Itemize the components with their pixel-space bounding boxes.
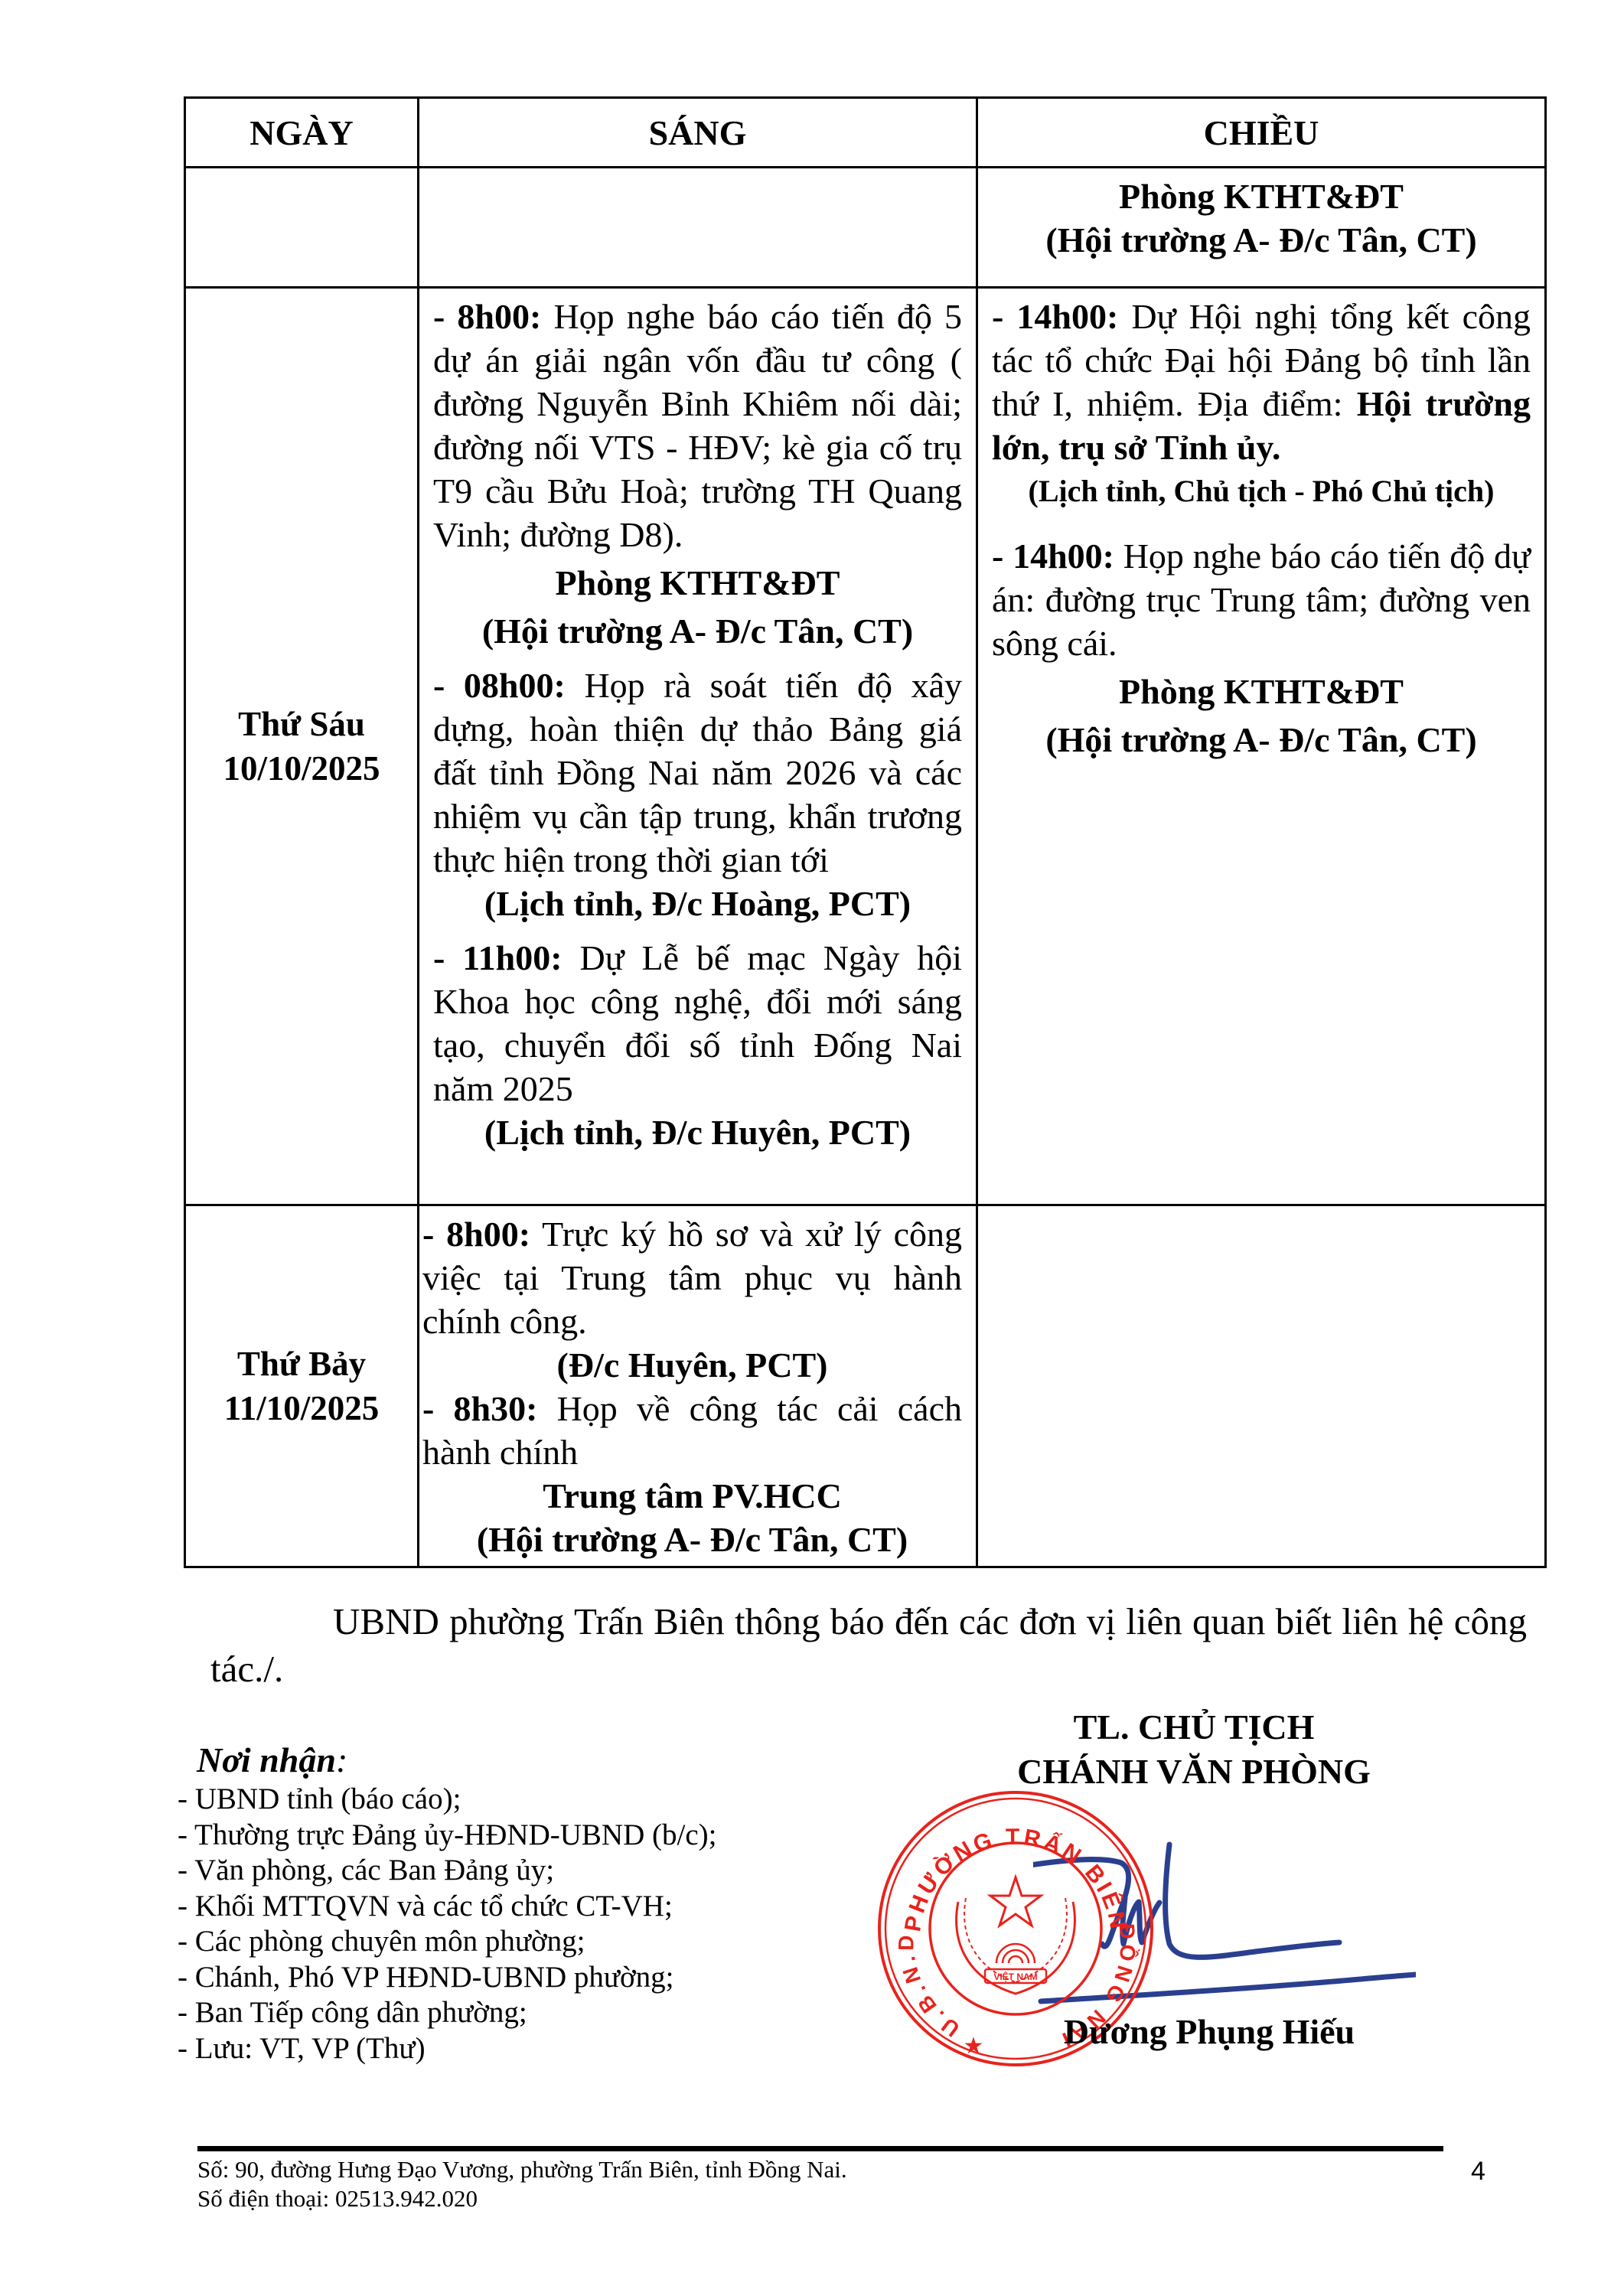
entry-time: - 14h00: [992, 297, 1118, 336]
signer-name: Dương Phụng Hiếu [1026, 2011, 1393, 2052]
footer: Số: 90, đường Hưng Đạo Vương, phường Trấ… [197, 2155, 847, 2213]
day-date: 11/10/2025 [186, 1386, 417, 1430]
afternoon-cell: - 14h00: Dự Hội nghị tổng kết công tác t… [977, 288, 1546, 1205]
closing-paragraph: UBND phường Trấn Biên thông báo đến các … [210, 1598, 1527, 1693]
morning-cell: - 8h00: Trực ký hồ sơ và xử lý công việc… [419, 1205, 977, 1567]
entry-time: - 14h00: [992, 536, 1114, 576]
location-note: (Hội trường A- Đ/c Tân, CT) [992, 218, 1531, 262]
schedule-entry: - 8h30: Họp về công tác cải cách hành ch… [422, 1387, 962, 1474]
day-date: 10/10/2025 [186, 746, 417, 791]
unit-label: Phòng KTHT&ĐT [992, 174, 1531, 218]
location-note: (Lịch tỉnh, Đ/c Hoàng, PCT) [433, 882, 962, 925]
day-cell: Thứ Bảy 11/10/2025 [185, 1205, 419, 1567]
list-item: - Văn phòng, các Ban Đảng ủy; [178, 1853, 790, 1889]
unit-label: Trung tâm PV.HCC [422, 1474, 962, 1518]
list-item: - Các phòng chuyên môn phường; [178, 1924, 790, 1960]
header-morning: SÁNG [419, 98, 977, 168]
location-note: (Hội trường A- Đ/c Tân, CT) [422, 1518, 962, 1561]
footer-address: Số: 90, đường Hưng Đạo Vương, phường Trấ… [197, 2155, 847, 2184]
entry-time: - 11h00: [433, 938, 563, 977]
list-item: - Ban Tiếp công dân phường; [178, 1995, 790, 2031]
day-cell-empty [185, 168, 419, 288]
location-note: (Đ/c Huyên, PCT) [422, 1343, 962, 1387]
location-note: (Hội trường A- Đ/c Tân, CT) [433, 609, 962, 653]
svg-text:★: ★ [964, 2033, 984, 2059]
table-row: Thứ Sáu 10/10/2025 - 8h00: Họp nghe báo … [185, 288, 1546, 1205]
footer-phone: Số điện thoại: 02513.942.020 [197, 2184, 847, 2213]
day-name: Thứ Sáu [186, 702, 417, 746]
header-afternoon: CHIỀU [977, 98, 1546, 168]
table-row: Phòng KTHT&ĐT (Hội trường A- Đ/c Tân, CT… [185, 168, 1546, 288]
entry-time: - 08h00: [433, 666, 566, 705]
afternoon-cell-empty [977, 1205, 1546, 1567]
schedule-entry: - 8h00: Trực ký hồ sơ và xử lý công việc… [422, 1212, 962, 1343]
closing-text: UBND phường Trấn Biên thông báo đến các … [210, 1600, 1527, 1690]
entry-time: - 8h00: [422, 1215, 530, 1254]
unit-label: Phòng KTHT&ĐT [433, 561, 962, 605]
schedule-entry: - 08h00: Họp rà soát tiến độ xây dựng, h… [433, 664, 962, 882]
location-note: (Lịch tỉnh, Đ/c Huyên, PCT) [433, 1110, 962, 1154]
header-day: NGÀY [185, 98, 419, 168]
table-header-row: NGÀY SÁNG CHIỀU [185, 98, 1546, 168]
location-note: (Lịch tỉnh, Chủ tịch - Phó Chủ tịch) [992, 469, 1531, 513]
location-note: (Hội trường A- Đ/c Tân, CT) [992, 718, 1531, 762]
recipients-title: Nơi nhận: [178, 1739, 790, 1782]
recipients-list: - UBND tỉnh (báo cáo); - Thường trực Đản… [178, 1782, 790, 2066]
recipients-colon: : [336, 1740, 347, 1779]
schedule-table: NGÀY SÁNG CHIỀU Phòng KTHT&ĐT (Hội trườn… [184, 96, 1547, 1568]
document-page: NGÀY SÁNG CHIỀU Phòng KTHT&ĐT (Hội trườn… [0, 0, 1624, 2296]
schedule-entry: - 11h00: Dự Lễ bế mạc Ngày hội Khoa học … [433, 936, 962, 1110]
list-item: - Lưu: VT, VP (Thư) [178, 2031, 790, 2067]
list-item: - Thường trực Đảng ủy-HĐND-UBND (b/c); [178, 1818, 790, 1854]
list-item: - Chánh, Phó VP HĐND-UBND phường; [178, 1960, 790, 1996]
day-name: Thứ Bảy [186, 1342, 417, 1386]
recipients-title-text: Nơi nhận [197, 1740, 336, 1779]
entry-time: - 8h30: [422, 1389, 537, 1428]
list-item: - UBND tỉnh (báo cáo); [178, 1782, 790, 1818]
signature-title: TL. CHỦ TỊCH CHÁNH VĂN PHÒNG [949, 1705, 1439, 1794]
footer-divider [197, 2146, 1443, 2151]
recipients-block: Nơi nhận: - UBND tỉnh (báo cáo); - Thườn… [178, 1739, 790, 2066]
unit-label: Phòng KTHT&ĐT [992, 670, 1531, 713]
svg-text:VIỆT NAM: VIỆT NAM [993, 1971, 1037, 1982]
schedule-entry: - 14h00: Họp nghe báo cáo tiến độ dự án:… [992, 534, 1531, 665]
morning-cell-empty [419, 168, 977, 288]
morning-cell: - 8h00: Họp nghe báo cáo tiến độ 5 dự án… [419, 288, 977, 1205]
afternoon-cell: Phòng KTHT&ĐT (Hội trường A- Đ/c Tân, CT… [977, 168, 1546, 288]
day-cell: Thứ Sáu 10/10/2025 [185, 288, 419, 1205]
schedule-entry: - 8h00: Họp nghe báo cáo tiến độ 5 dự án… [433, 295, 962, 556]
page-number: 4 [1471, 2157, 1485, 2187]
schedule-entry: - 14h00: Dự Hội nghị tổng kết công tác t… [992, 295, 1531, 469]
list-item: - Khối MTTQVN và các tổ chức CT-VH; [178, 1889, 790, 1925]
entry-time: - 8h00: [433, 297, 541, 336]
table-row: Thứ Bảy 11/10/2025 - 8h00: Trực ký hồ sơ… [185, 1205, 1546, 1567]
signature-line-1: TL. CHỦ TỊCH [949, 1705, 1439, 1750]
